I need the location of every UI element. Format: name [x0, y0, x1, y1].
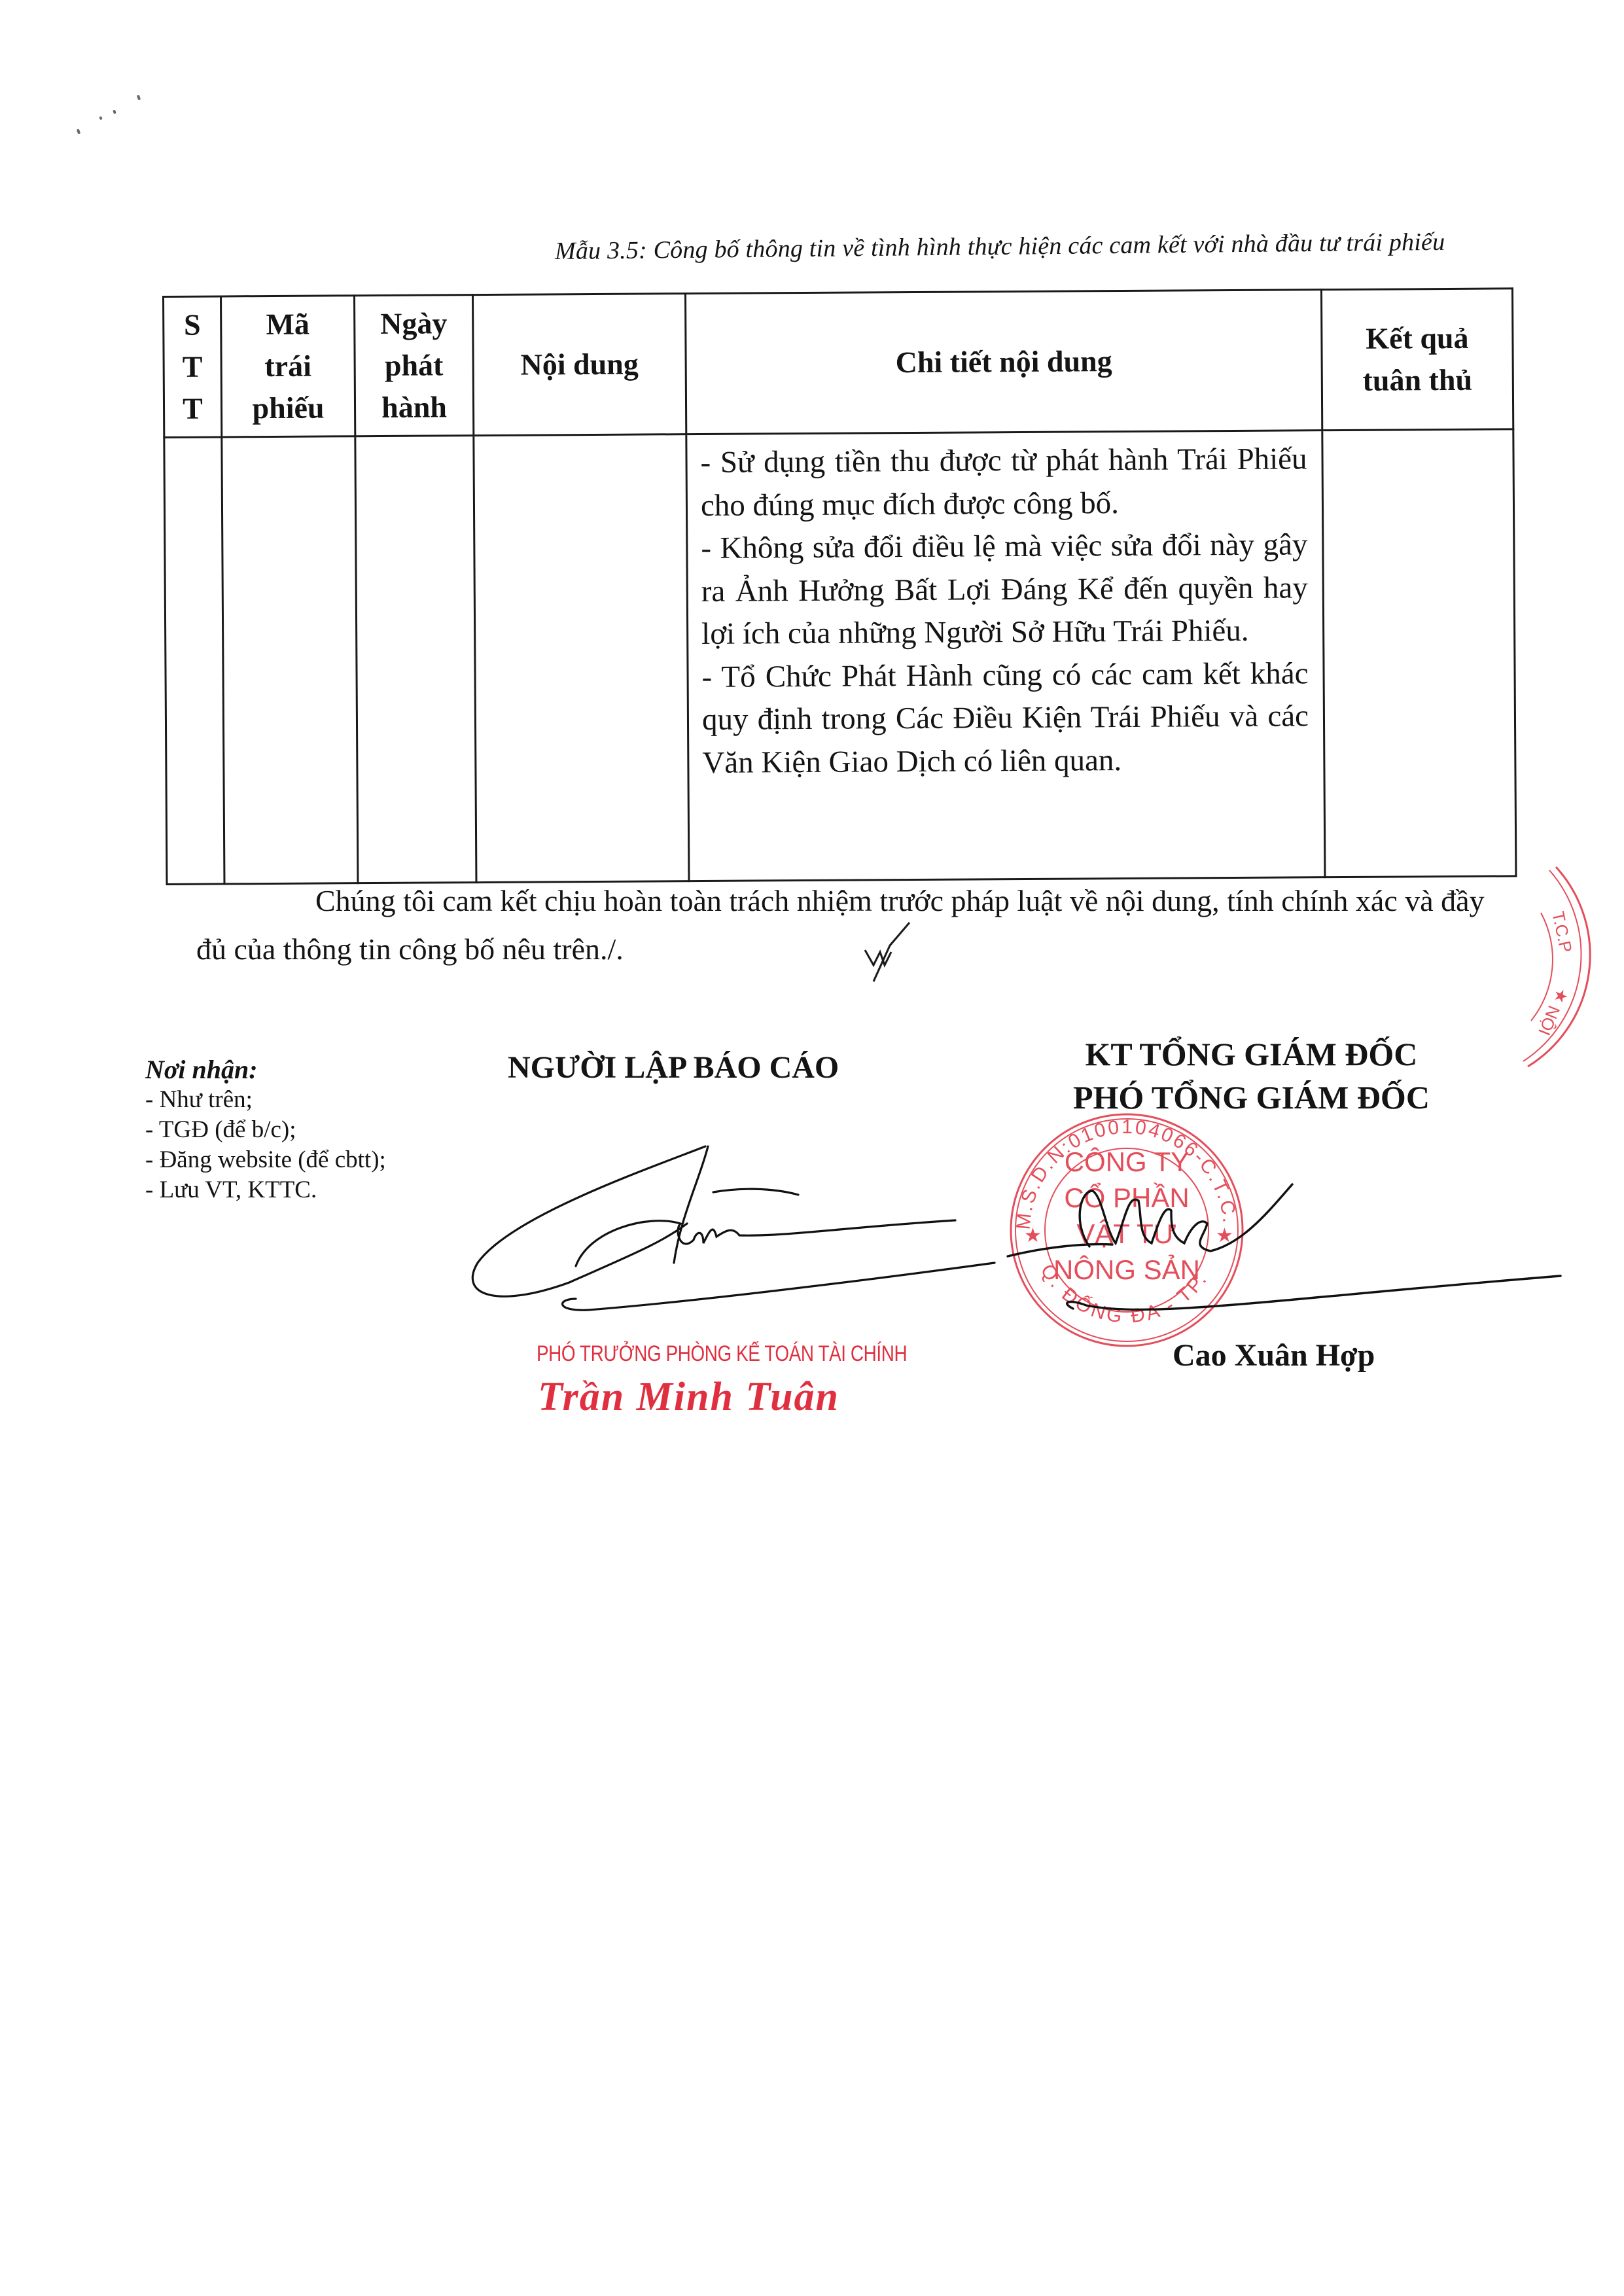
svg-text:★: ★ [1551, 987, 1572, 1004]
partial-seal: T.C.P ★ NỘI [1523, 867, 1590, 1067]
approver-title: KT TỔNG GIÁM ĐỐC PHÓ TỔNG GIÁM ĐỐC [1073, 1033, 1430, 1119]
svg-text:CÔNG TY: CÔNG TY [1065, 1146, 1190, 1177]
approver-title-line1: KT TỔNG GIÁM ĐỐC [1073, 1033, 1430, 1076]
svg-text:NỘI: NỘI [1534, 1003, 1564, 1038]
graphics-overlay: M.S.D.N:0100104066-C.T.C.P Q. ĐỐNG ĐA - … [0, 0, 1624, 2296]
company-seal: M.S.D.N:0100104066-C.T.C.P Q. ĐỐNG ĐA - … [0, 0, 1243, 1346]
approver-title-line2: PHÓ TỔNG GIÁM ĐỐC [1073, 1076, 1430, 1119]
svg-text:★: ★ [1024, 1225, 1042, 1246]
svg-text:Q. ĐỐNG ĐA - TP. HÀ NỘI: Q. ĐỐNG ĐA - TP. HÀ NỘI [0, 0, 1216, 1328]
preparer-signature [472, 1146, 995, 1310]
svg-text:NÔNG SẢN: NÔNG SẢN [1053, 1254, 1200, 1285]
approver-name: Cao Xuân Hợp [1173, 1337, 1375, 1373]
initials-mark [865, 923, 909, 981]
svg-text:M.S.D.N:0100104066-C.T.C.P: M.S.D.N:0100104066-C.T.C.P [0, 0, 1241, 1231]
